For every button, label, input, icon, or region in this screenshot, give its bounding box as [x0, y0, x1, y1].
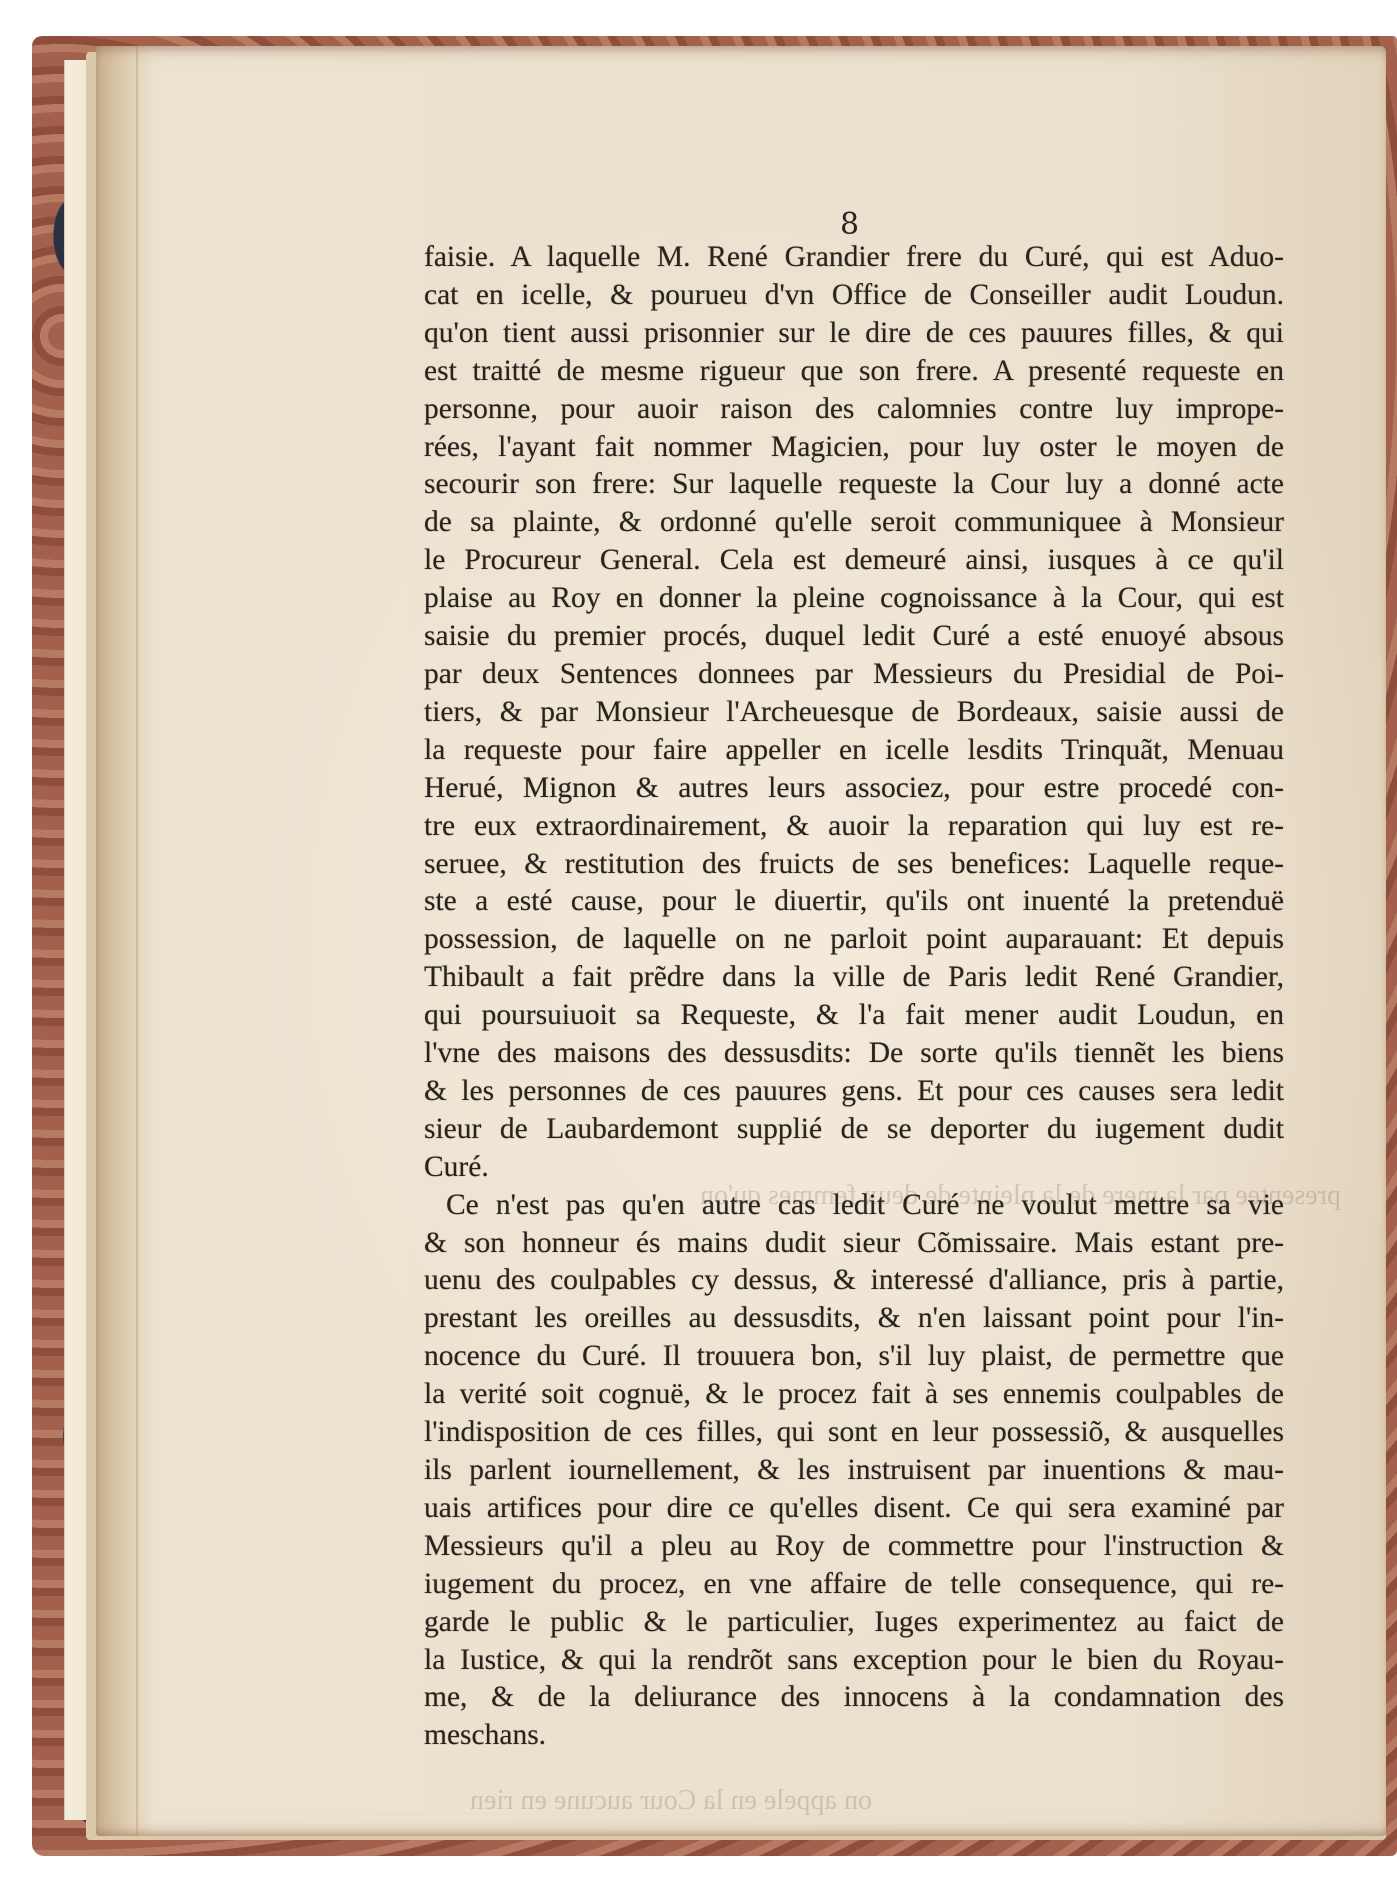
text-line: me, & de la deliurance des innocens à la… [424, 1679, 1284, 1717]
text-line: meschans. [424, 1717, 1284, 1755]
body-text: faisie. A laquelle M. René Grandier frer… [424, 239, 1284, 1755]
text-line: sieur de Laubardemont supplié de se depo… [424, 1111, 1284, 1149]
text-line: par deux Sentences donnees par Messieurs… [424, 656, 1284, 694]
text-line: Messieurs qu'il a pleu au Roy de commett… [424, 1528, 1284, 1566]
text-line: le Procureur General. Cela est demeuré a… [424, 542, 1284, 580]
text-line: l'indisposition de ces filles, qui sont … [424, 1414, 1284, 1452]
text-line: Thibault a fait prẽdre dans la ville de … [424, 959, 1284, 997]
text-line: Herué, Mignon & autres leurs associez, p… [424, 770, 1284, 808]
text-line: ste a esté cause, pour le diuertir, qu'i… [424, 883, 1284, 921]
text-line: la Iustice, & qui la rendrõt sans except… [424, 1642, 1284, 1680]
text-line: seruee, & restitution des fruicts de ses… [424, 846, 1284, 884]
text-line: Curé. [424, 1149, 1284, 1187]
text-line: cat en icelle, & pourueu d'vn Office de … [424, 277, 1284, 315]
text-line: & les personnes de ces pauures gens. Et … [424, 1073, 1284, 1111]
text-line: Ce n'est pas qu'en autre cas ledit Curé … [424, 1187, 1284, 1225]
text-line: personne, pour auoir raison des calomnie… [424, 391, 1284, 429]
text-line: nocence du Curé. Il trouuera bon, s'il l… [424, 1338, 1284, 1376]
text-line: tre eux extraordinairement, & auoir la r… [424, 808, 1284, 846]
text-line: de sa plainte, & ordonné qu'elle seroit … [424, 504, 1284, 542]
text-line: l'vne des maisons des dessusdits: De sor… [424, 1035, 1284, 1073]
text-line: qu'on tient aussi prisonnier sur le dire… [424, 315, 1284, 353]
text-line: tiers, & par Monsieur l'Archeuesque de B… [424, 694, 1284, 732]
text-line: uais artifices pour dire ce qu'elles dis… [424, 1490, 1284, 1528]
text-line: & son honneur és mains dudit sieur Cõmis… [424, 1225, 1284, 1263]
show-through-text: on appele en la Cour aucune en rien [470, 1785, 872, 1817]
text-line: la verité soit cognuë, & le procez fait … [424, 1376, 1284, 1414]
text-line: possession, de laquelle on ne parloit po… [424, 921, 1284, 959]
text-line: la requeste pour faire appeller en icell… [424, 732, 1284, 770]
text-line: garde le public & le particulier, Iuges … [424, 1604, 1284, 1642]
text-line: plaise au Roy en donner la pleine cognoi… [424, 580, 1284, 618]
text-line: ils parlent iournellement, & les instrui… [424, 1452, 1284, 1490]
page-number: 8 [840, 207, 859, 242]
text-line: qui poursuiuoit sa Requeste, & l'a fait … [424, 997, 1284, 1035]
text-line: prestant les oreilles au dessusdits, & n… [424, 1300, 1284, 1338]
text-line: rées, l'ayant fait nommer Magicien, pour… [424, 429, 1284, 467]
text-line: uenu des coulpables cy dessus, & interes… [424, 1262, 1284, 1300]
text-line: est traitté de mesme rigueur que son fre… [424, 353, 1284, 391]
text-line: iugement du procez, en vne affaire de te… [424, 1566, 1284, 1604]
text-line: faisie. A laquelle M. René Grandier frer… [424, 239, 1284, 277]
text-line: saisie du premier procés, duquel ledit C… [424, 618, 1284, 656]
text-line: secourir son frere: Sur laquelle request… [424, 466, 1284, 504]
